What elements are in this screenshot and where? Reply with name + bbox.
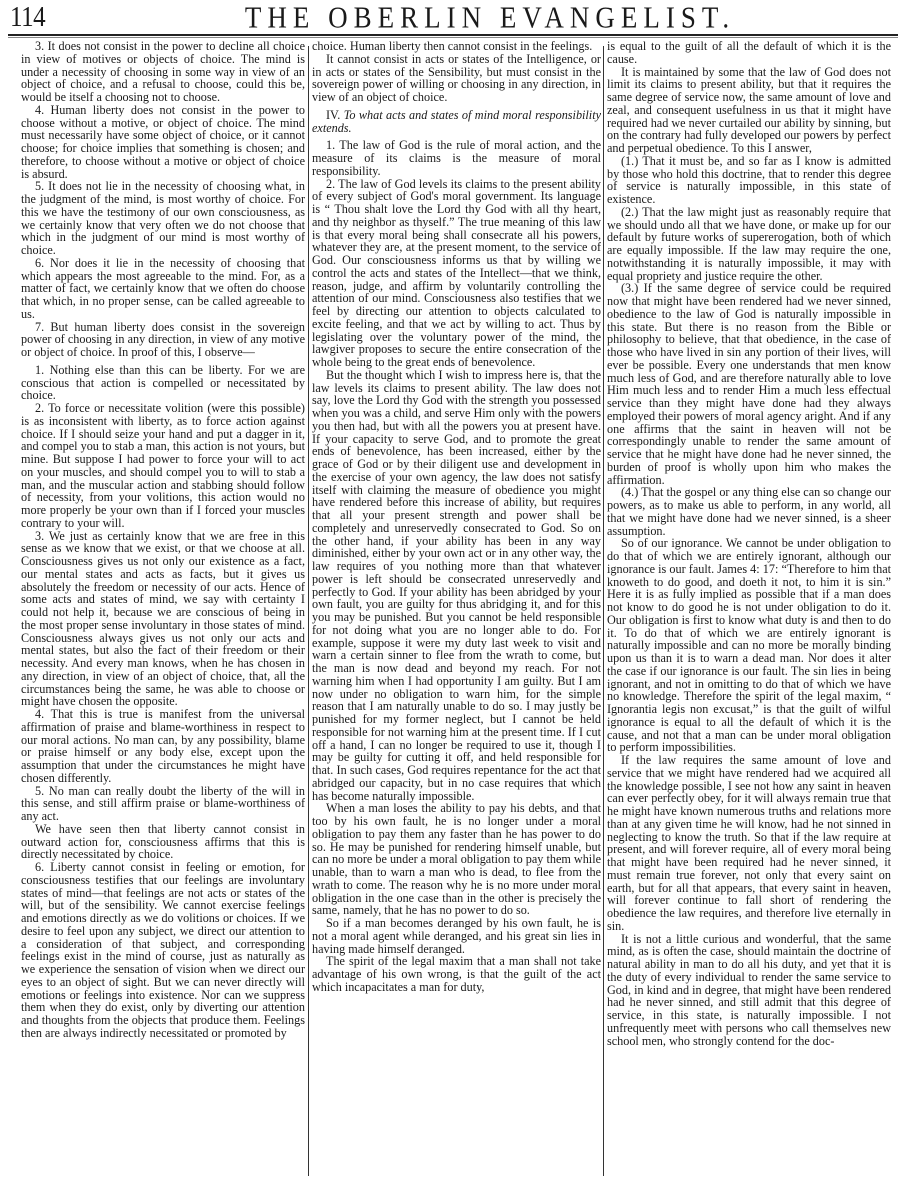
paragraph: choice. Human liberty then cannot consis…	[312, 40, 601, 53]
paragraph: It is not a little curious and wonderful…	[607, 933, 891, 1048]
paragraph: 3. It does not consist in the power to d…	[21, 40, 305, 104]
paragraph: 2. The law of God levels its claims to t…	[312, 178, 601, 369]
paragraph: 4. That this is true is manifest from th…	[21, 708, 305, 785]
paragraph: 1. Nothing else than this can be liberty…	[21, 364, 305, 402]
paragraph: It is maintained by some that the law of…	[607, 66, 891, 155]
paragraph: 4. Human liberty does not consist in the…	[21, 104, 305, 181]
paragraph: If the law requires the same amount of l…	[607, 754, 891, 933]
paragraph: It cannot consist in acts or states of t…	[312, 53, 601, 104]
section-heading: IV. To what acts and states of mind mora…	[312, 109, 601, 135]
paragraph: (4.) That the gospel or any thing else c…	[607, 486, 891, 537]
column-1: 3. It does not consist in the power to d…	[21, 40, 305, 1168]
paragraph: 5. It does not lie in the necessity of c…	[21, 180, 305, 257]
section-title: To what acts and states of mind moral re…	[312, 108, 601, 135]
column-3: is equal to the guilt of all the default…	[607, 40, 891, 1168]
paragraph: 5. No man can really doubt the liberty o…	[21, 785, 305, 823]
paragraph: 2. To force or necessitate volition (wer…	[21, 402, 305, 530]
paragraph: 7. But human liberty does consist in the…	[21, 321, 305, 359]
page-number: 114	[10, 2, 45, 34]
paragraph: 1. The law of God is the rule of moral a…	[312, 139, 601, 177]
paragraph: The spirit of the legal maxim that a man…	[312, 955, 601, 993]
paragraph: When a man loses the ability to pay his …	[312, 802, 601, 917]
paragraph: We have seen then that liberty cannot co…	[21, 823, 305, 861]
paragraph: (3.) If the same degree of service could…	[607, 282, 891, 486]
paragraph: (1.) That it must be, and so far as I kn…	[607, 155, 891, 206]
column-2: choice. Human liberty then cannot consis…	[312, 40, 601, 1168]
paragraph: So of our ignorance. We cannot be under …	[607, 537, 891, 754]
paragraph: 6. Liberty cannot consist in feeling or …	[21, 861, 305, 1040]
header-rule	[8, 34, 898, 38]
journal-title: THE OBERLIN EVANGELIST.	[140, 0, 840, 35]
masthead: 114 THE OBERLIN EVANGELIST.	[0, 0, 900, 36]
paragraph: is equal to the guilt of all the default…	[607, 40, 891, 66]
article-body: 3. It does not consist in the power to d…	[0, 40, 900, 1170]
paragraph: (2.) That the law might just as reasonab…	[607, 206, 891, 283]
paragraph: 3. We just as certainly know that we are…	[21, 530, 305, 709]
paragraph: So if a man becomes deranged by his own …	[312, 917, 601, 955]
paragraph: 6. Nor does it lie in the necessity of c…	[21, 257, 305, 321]
paragraph: But the thought which I wish to impress …	[312, 369, 601, 803]
